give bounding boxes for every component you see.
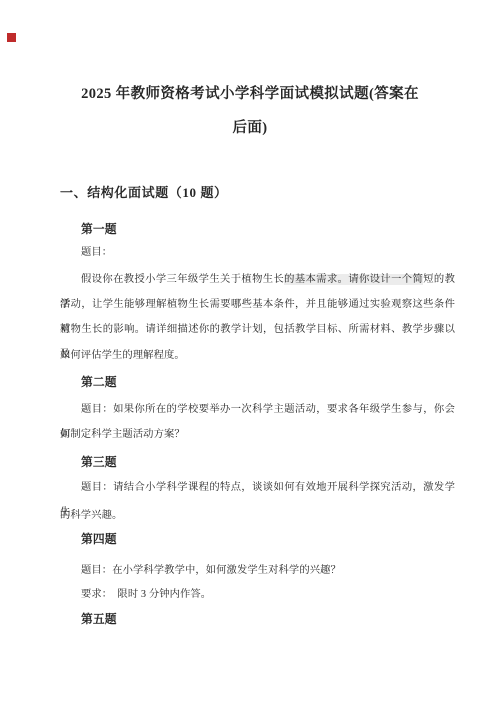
red-marker [7, 33, 16, 42]
question-1-prompt-label: 题目： [60, 240, 455, 265]
question-2-label: 第二题 [60, 370, 455, 395]
question-2-text-line-1: 题目：如果你所在的学校要举办一次科学主题活动，要求各年级学生参与，你会如 [60, 397, 455, 422]
question-1-text-line-4: 如何评估学生的理解程度。 [60, 343, 455, 368]
section-heading: 一、结构化面试题（10 题） [60, 180, 455, 205]
question-4-text-line-1: 题目：在小学科学教学中，如何激发学生对科学的兴趣？ [60, 558, 455, 583]
question-1-text-line-2: 活动，让学生能够理解植物生长需要哪些基本条件，并且能够通过实验观察这些条件对 [60, 292, 455, 317]
question-4-requirement-line: 要求： 限时 3 分钟内作答。 [60, 582, 455, 607]
question-4-label: 第四题 [60, 527, 455, 552]
document-title-line-2: 后面) [0, 116, 500, 141]
question-3-label: 第三题 [60, 450, 455, 475]
document-title-line-1: 2025 年教师资格考试小学科学面试模拟试题(答案在 [0, 82, 500, 107]
question-1-label: 第一题 [60, 217, 455, 242]
question-1-text-pre: 假设你在教授小学三年级学生关于植物生长 [81, 274, 284, 285]
document-page: 2025 年教师资格考试小学科学面试模拟试题(答案在 后面) 一、结构化面试题（… [0, 0, 500, 707]
question-5-label: 第五题 [60, 607, 455, 632]
question-1-text-highlight: 的基本需求。请你设计一个简 [284, 274, 423, 285]
question-1-text-line-1: 假设你在教授小学三年级学生关于植物生长的基本需求。请你设计一个简短的教学 [60, 267, 455, 292]
question-1-text-line-3: 植物生长的影响。请详细描述你的教学计划，包括教学目标、所需材料、教学步骤以及 [60, 317, 455, 342]
question-3-text-line-2: 的科学兴趣。 [60, 503, 455, 528]
question-3-text-line-1: 题目：请结合小学科学课程的特点，谈谈如何有效地开展科学探究活动，激发学生 [60, 475, 455, 500]
question-2-text-line-2: 何制定科学主题活动方案？ [60, 422, 455, 447]
